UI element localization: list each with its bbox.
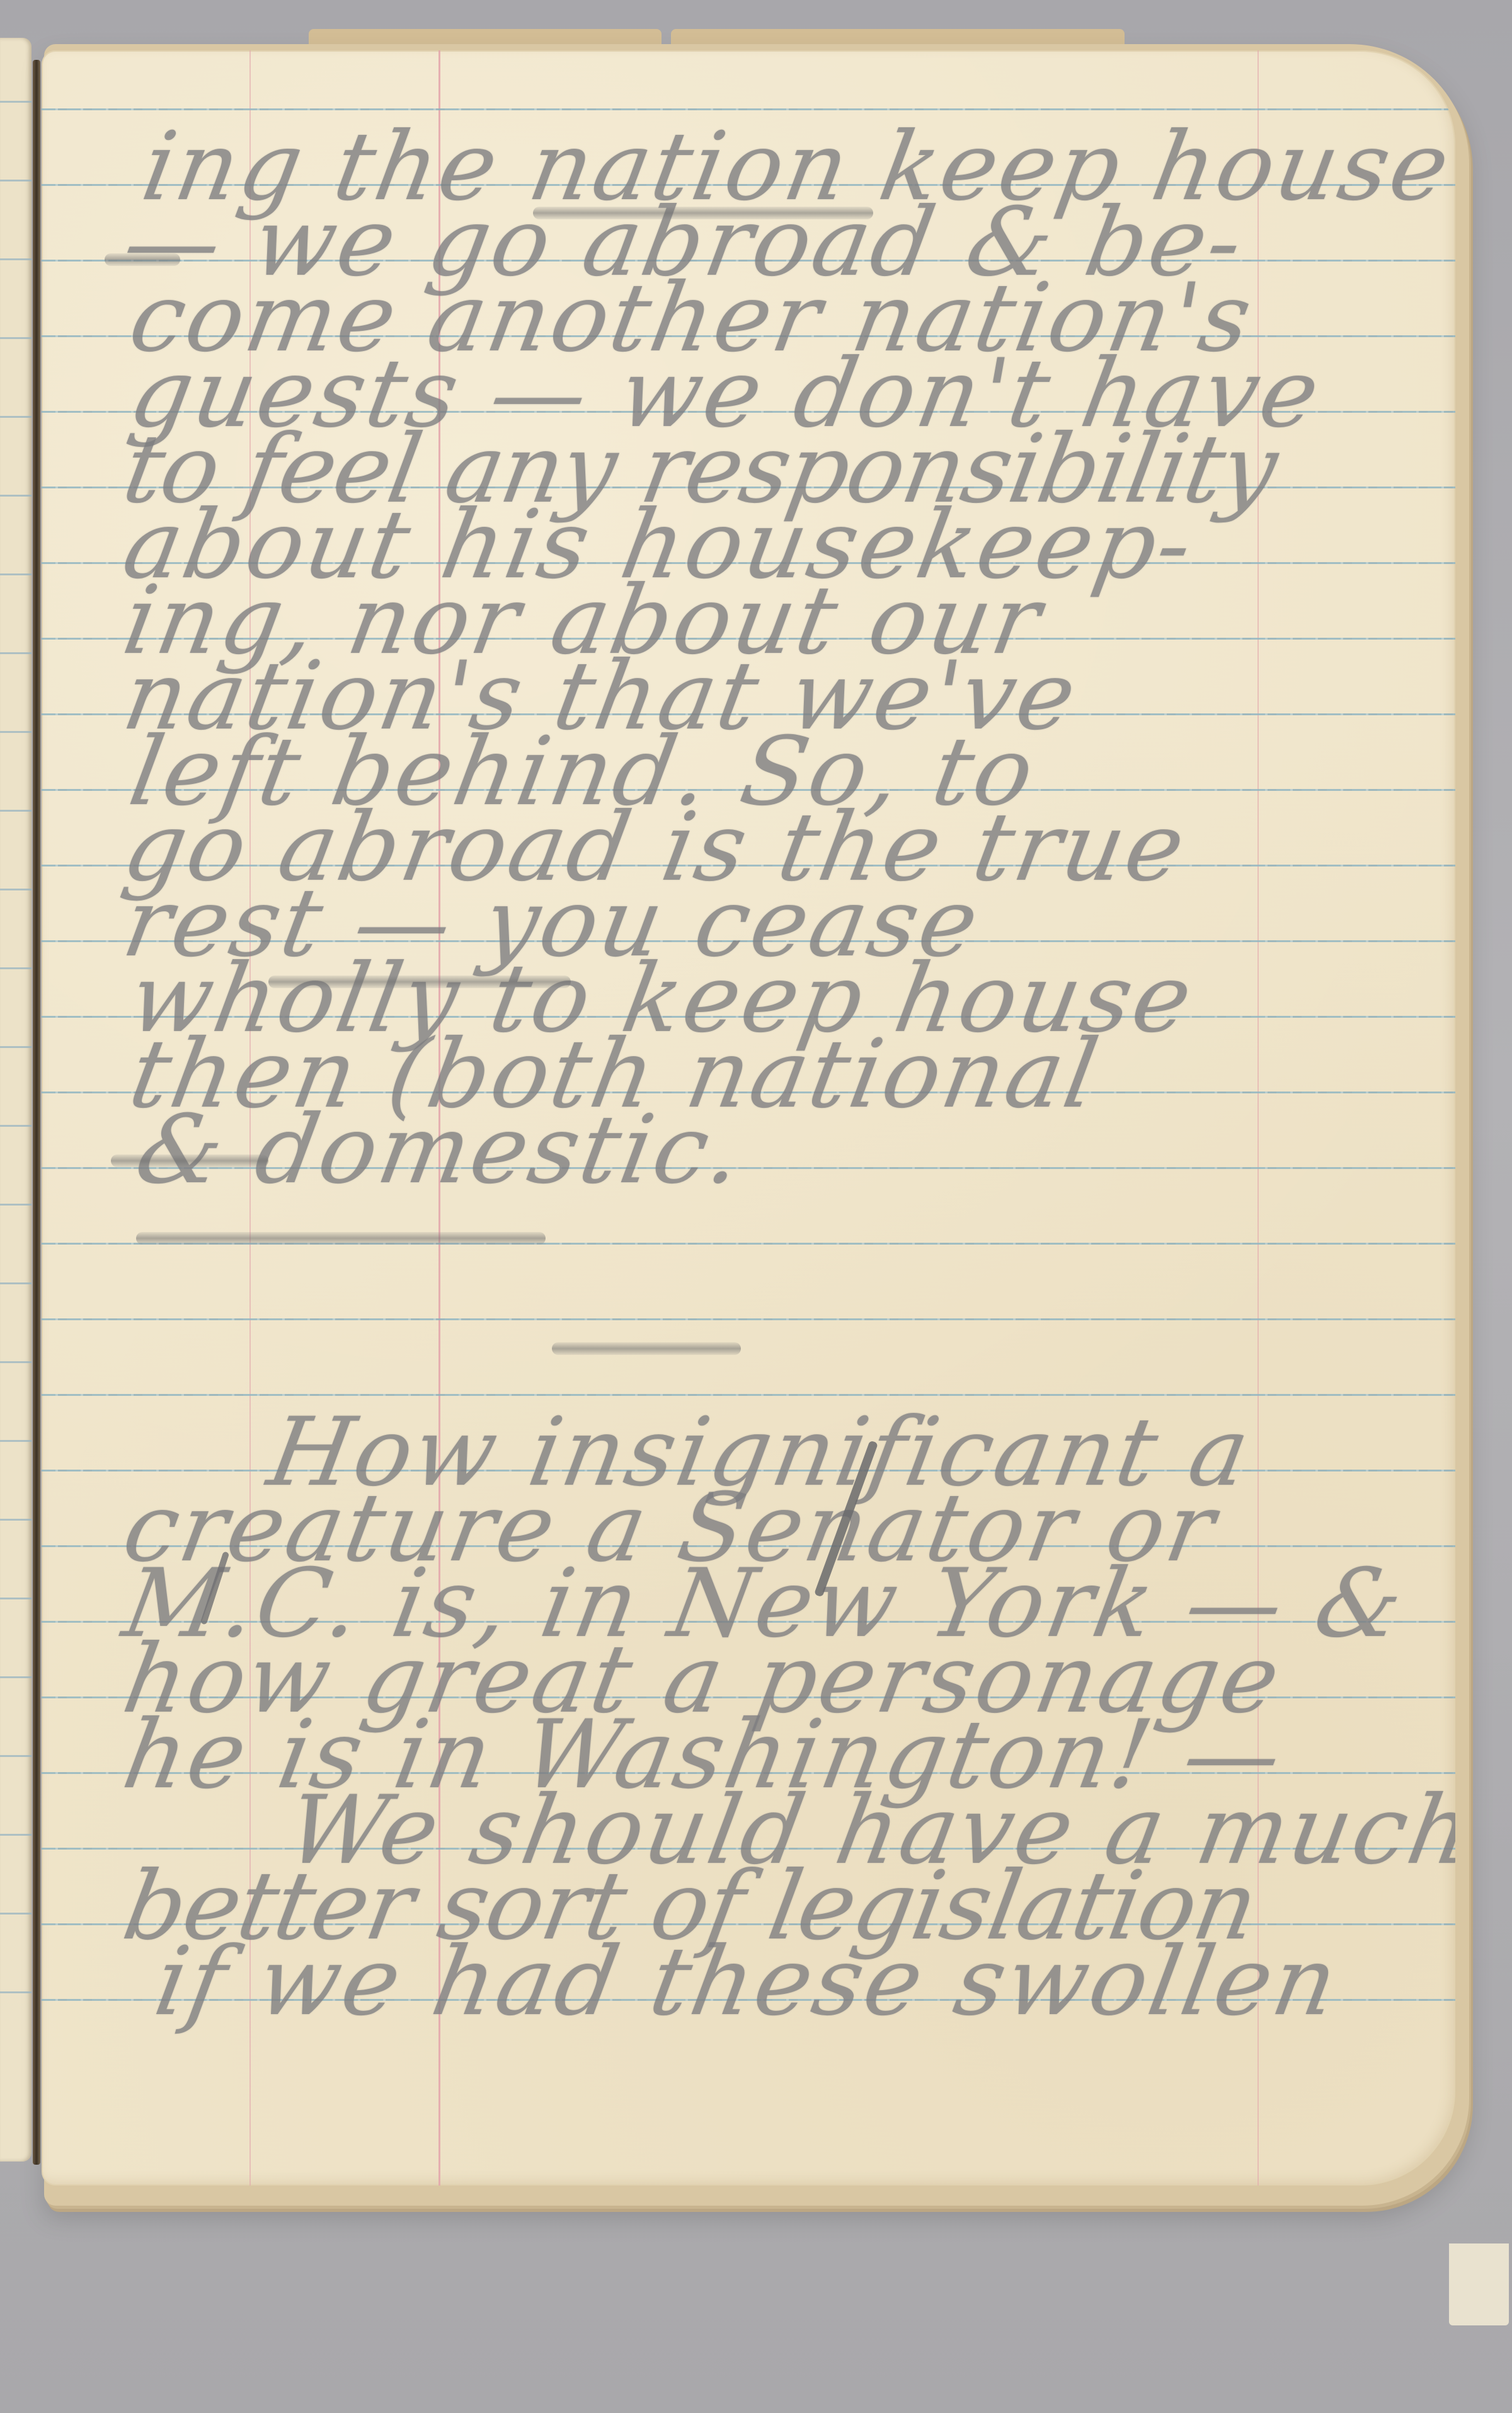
dash-stroke	[105, 253, 180, 266]
rule-line	[42, 1318, 1455, 1320]
section-divider	[552, 1342, 741, 1355]
rule-line	[0, 967, 31, 969]
notebook-page: ing the nation keep house — we go abroad…	[42, 50, 1455, 2186]
rule-line	[0, 1913, 31, 1915]
handwritten-line: & domestic.	[130, 1103, 1455, 1197]
rule-line	[0, 495, 31, 497]
rule-line	[0, 1125, 31, 1127]
rule-line	[0, 731, 31, 733]
rule-line	[0, 889, 31, 890]
rule-line	[0, 1361, 31, 1363]
underline-domestic	[136, 1232, 546, 1245]
rule-line	[0, 180, 31, 181]
rule-line	[0, 1282, 31, 1284]
underline-nation	[533, 207, 873, 219]
rule-line	[42, 108, 1455, 110]
rule-line	[0, 810, 31, 812]
rule-line	[0, 258, 31, 260]
rule-line	[0, 1519, 31, 1521]
rule-line	[0, 1755, 31, 1757]
rule-line	[0, 1676, 31, 1678]
handwritten-line: if we had these swollen	[149, 1935, 1455, 2029]
rule-line	[0, 1204, 31, 1206]
previous-page-edge	[0, 38, 31, 2162]
underline-then	[111, 1155, 268, 1167]
rule-line	[0, 652, 31, 654]
rule-line	[0, 1991, 31, 1993]
rule-line	[0, 1440, 31, 1442]
underline-abroad	[268, 976, 571, 988]
rule-line	[0, 1598, 31, 1599]
rule-line	[0, 573, 31, 575]
rule-line	[0, 1834, 31, 1836]
inserted-slip	[1449, 2243, 1509, 2325]
rule-line	[0, 416, 31, 418]
binding-gutter	[33, 60, 40, 2165]
rule-line	[42, 1394, 1455, 1396]
rule-line	[0, 337, 31, 339]
rule-line	[0, 101, 31, 103]
rule-line	[0, 1046, 31, 1048]
